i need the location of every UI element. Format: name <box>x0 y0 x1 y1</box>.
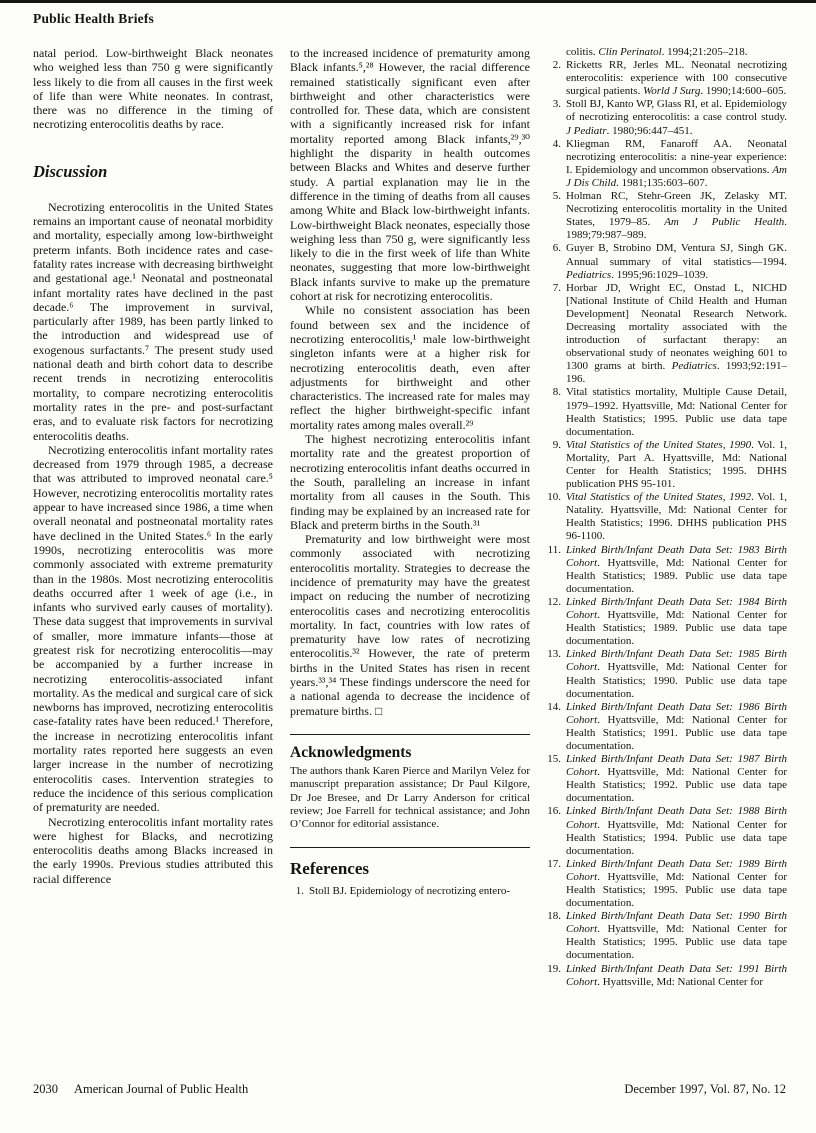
acknowledgments-text: The authors thank Karen Pierce and Maril… <box>290 765 530 831</box>
reference-text: Linked Birth/Infant Death Data Set: 1989… <box>566 858 787 910</box>
reference-item: 5.Holman RC, Stehr-Green JK, Zelasky MT.… <box>547 190 787 242</box>
journal-page: Public Health Briefs natal period. Low-b… <box>0 0 816 1133</box>
reference-item: 1.Stoll BJ. Epidemiology of necrotizing … <box>290 885 530 898</box>
reference-number: 2. <box>547 59 566 98</box>
reference-number: 19. <box>547 963 566 989</box>
reference-text: Kliegman RM, Fanaroff AA. Neonatal necro… <box>566 138 787 190</box>
reference-text: Holman RC, Stehr-Green JK, Zelasky MT. N… <box>566 190 787 242</box>
reference-text: Guyer B, Strobino DM, Ventura SJ, Singh … <box>566 242 787 281</box>
reference-number: 10. <box>547 491 566 543</box>
reference-number: 7. <box>547 282 566 387</box>
reference-text: Ricketts RR, Jerles ML. Neonatal necroti… <box>566 59 787 98</box>
reference-number: 15. <box>547 753 566 805</box>
reference-number: 18. <box>547 910 566 962</box>
page-footer: 2030 American Journal of Public Health D… <box>33 1082 786 1097</box>
column-right: colitis. Clin Perinatol. 1994;21:205–218… <box>547 46 787 1071</box>
reference-item: 17.Linked Birth/Infant Death Data Set: 1… <box>547 858 787 910</box>
reference-text: Linked Birth/Infant Death Data Set: 1986… <box>566 701 787 753</box>
reference-item: 13.Linked Birth/Infant Death Data Set: 1… <box>547 648 787 700</box>
section-heading-discussion: Discussion <box>33 162 273 182</box>
paragraph: While no consistent association has been… <box>290 303 530 432</box>
scan-edge-artifact <box>0 0 816 3</box>
reference-item: 7.Horbar JD, Wright EC, Onstad L, NICHD … <box>547 282 787 387</box>
reference-item: 8.Vital statistics mortality, Multiple C… <box>547 386 787 438</box>
section-heading-acknowledgments: Acknowledgments <box>290 744 530 762</box>
reference-text: colitis. Clin Perinatol. 1994;21:205–218… <box>566 46 787 59</box>
reference-number: 16. <box>547 805 566 857</box>
reference-number: 3. <box>547 98 566 137</box>
reference-item: 12.Linked Birth/Infant Death Data Set: 1… <box>547 596 787 648</box>
reference-item: 19.Linked Birth/Infant Death Data Set: 1… <box>547 963 787 989</box>
reference-number <box>547 46 566 59</box>
footer-journal-name: American Journal of Public Health <box>74 1082 248 1097</box>
reference-number: 5. <box>547 190 566 242</box>
reference-number: 9. <box>547 439 566 491</box>
article-columns: natal period. Low-birthweight Black neon… <box>33 46 787 1071</box>
reference-number: 14. <box>547 701 566 753</box>
reference-item: 10.Vital Statistics of the United States… <box>547 491 787 543</box>
reference-text: Linked Birth/Infant Death Data Set: 1984… <box>566 596 787 648</box>
column-left: natal period. Low-birthweight Black neon… <box>33 46 273 1071</box>
reference-text: Linked Birth/Infant Death Data Set: 1983… <box>566 544 787 596</box>
paragraph: Prematurity and low birthweight were mos… <box>290 532 530 718</box>
column-middle: to the increased incidence of prematurit… <box>290 46 530 1071</box>
reference-text: Vital Statistics of the United States, 1… <box>566 439 787 491</box>
section-divider <box>290 734 530 735</box>
reference-item: 3.Stoll BJ, Kanto WP, Glass RI, et al. E… <box>547 98 787 137</box>
reference-text: Linked Birth/Infant Death Data Set: 1990… <box>566 910 787 962</box>
reference-item: 16.Linked Birth/Infant Death Data Set: 1… <box>547 805 787 857</box>
reference-item: 15.Linked Birth/Infant Death Data Set: 1… <box>547 753 787 805</box>
reference-number: 17. <box>547 858 566 910</box>
section-heading-references: References <box>290 859 530 879</box>
reference-item: 14.Linked Birth/Infant Death Data Set: 1… <box>547 701 787 753</box>
reference-text: Stoll BJ, Kanto WP, Glass RI, et al. Epi… <box>566 98 787 137</box>
reference-item: 11.Linked Birth/Infant Death Data Set: 1… <box>547 544 787 596</box>
reference-number: 1. <box>290 885 309 898</box>
paragraph: The highest necrotizing enterocolitis in… <box>290 432 530 532</box>
reference-number: 8. <box>547 386 566 438</box>
reference-text: Linked Birth/Infant Death Data Set: 1987… <box>566 753 787 805</box>
reference-list: colitis. Clin Perinatol. 1994;21:205–218… <box>547 46 787 989</box>
reference-item: 2.Ricketts RR, Jerles ML. Neonatal necro… <box>547 59 787 98</box>
reference-item: 18.Linked Birth/Infant Death Data Set: 1… <box>547 910 787 962</box>
paragraph-continuation: to the increased incidence of prematurit… <box>290 46 530 303</box>
paragraph: Necrotizing enterocolitis infant mortali… <box>33 443 273 815</box>
reference-number: 12. <box>547 596 566 648</box>
reference-list-start: 1.Stoll BJ. Epidemiology of necrotizing … <box>290 885 530 898</box>
reference-text: Vital statistics mortality, Multiple Cau… <box>566 386 787 438</box>
reference-text: Linked Birth/Infant Death Data Set: 1988… <box>566 805 787 857</box>
reference-number: 6. <box>547 242 566 281</box>
reference-text: Linked Birth/Infant Death Data Set: 1991… <box>566 963 787 989</box>
paragraph: Necrotizing enterocolitis in the United … <box>33 200 273 443</box>
section-divider <box>290 847 530 848</box>
footer-page-number: 2030 <box>33 1082 58 1097</box>
footer-issue-info: December 1997, Vol. 87, No. 12 <box>624 1082 786 1097</box>
reference-item: colitis. Clin Perinatol. 1994;21:205–218… <box>547 46 787 59</box>
reference-number: 11. <box>547 544 566 596</box>
paragraph-results-continuation: natal period. Low-birthweight Black neon… <box>33 46 273 132</box>
reference-item: 6.Guyer B, Strobino DM, Ventura SJ, Sing… <box>547 242 787 281</box>
running-head: Public Health Briefs <box>33 11 154 27</box>
reference-item: 4.Kliegman RM, Fanaroff AA. Neonatal nec… <box>547 138 787 190</box>
reference-text: Linked Birth/Infant Death Data Set: 1985… <box>566 648 787 700</box>
reference-item: 9.Vital Statistics of the United States,… <box>547 439 787 491</box>
reference-text: Horbar JD, Wright EC, Onstad L, NICHD [N… <box>566 282 787 387</box>
reference-number: 13. <box>547 648 566 700</box>
reference-text: Vital Statistics of the United States, 1… <box>566 491 787 543</box>
paragraph: Necrotizing enterocolitis infant mortali… <box>33 815 273 886</box>
reference-number: 4. <box>547 138 566 190</box>
reference-text: Stoll BJ. Epidemiology of necrotizing en… <box>309 885 530 898</box>
